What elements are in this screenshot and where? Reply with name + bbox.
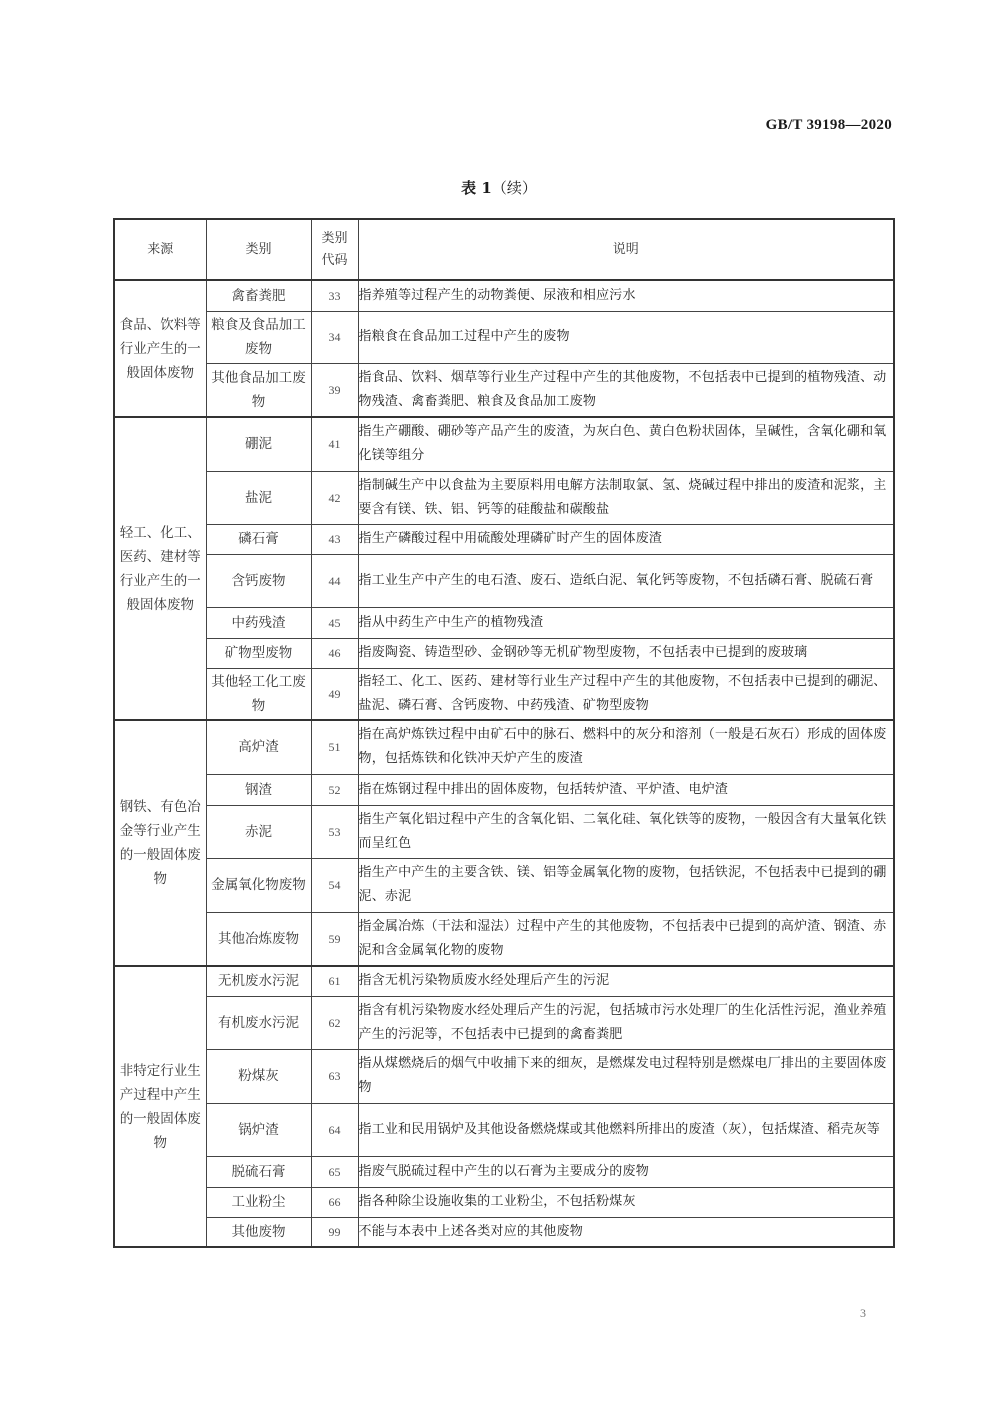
table-header-row: 来源 类别 类别代码 说明 (114, 219, 894, 280)
code-cell: 46 (311, 638, 358, 668)
description-cell: 指轻工、化工、医药、建材等行业生产过程中产生的其他废物，不包括表中已提到的硼泥、… (358, 668, 894, 720)
table-row: 其他废物99不能与本表中上述各类对应的其他废物 (114, 1217, 894, 1247)
table-row: 盐泥42指制碱生产中以食盐为主要原料用电解方法制取氯、氢、烧碱过程中排出的废渣和… (114, 471, 894, 524)
table-body: 食品、饮料等行业产生的一般固体废物禽畜粪肥33指养殖等过程产生的动物粪便、尿液和… (114, 280, 894, 1247)
table-title-suffix: （续） (492, 179, 537, 197)
table-row: 磷石膏43指生产磷酸过程中用硫酸处理磷矿时产生的固体废渣 (114, 524, 894, 554)
category-cell: 金属氧化物废物 (206, 858, 311, 912)
category-cell: 其他废物 (206, 1217, 311, 1247)
category-cell: 其他轻工化工废物 (206, 668, 311, 720)
description-cell: 指养殖等过程产生的动物粪便、尿液和相应污水 (358, 280, 894, 311)
description-cell: 指粮食在食品加工过程中产生的废物 (358, 311, 894, 363)
code-cell: 43 (311, 524, 358, 554)
table-row: 其他轻工化工废物49指轻工、化工、医药、建材等行业生产过程中产生的其他废物，不包… (114, 668, 894, 720)
code-cell: 59 (311, 912, 358, 966)
table-row: 含钙废物44指工业生产中产生的电石渣、废石、造纸白泥、氧化钙等废物，不包括磷石膏… (114, 554, 894, 607)
code-cell: 63 (311, 1049, 358, 1103)
table-row: 其他冶炼废物59指金属冶炼（干法和湿法）过程中产生的其他废物，不包括表中已提到的… (114, 912, 894, 966)
description-cell: 指废气脱硫过程中产生的以石膏为主要成分的废物 (358, 1156, 894, 1187)
category-cell: 中药残渣 (206, 607, 311, 638)
code-cell: 49 (311, 668, 358, 720)
table-row: 锅炉渣64指工业和民用锅炉及其他设备燃烧煤或其他燃料所排出的废渣（灰），包括煤渣… (114, 1103, 894, 1156)
category-cell: 工业粉尘 (206, 1187, 311, 1217)
category-cell: 赤泥 (206, 805, 311, 858)
column-header-description: 说明 (358, 219, 894, 280)
category-cell: 磷石膏 (206, 524, 311, 554)
description-cell: 指在高炉炼铁过程中由矿石中的脉石、燃料中的灰分和溶剂（一般是石灰石）形成的固体废… (358, 720, 894, 774)
code-cell: 65 (311, 1156, 358, 1187)
code-cell: 54 (311, 858, 358, 912)
category-cell: 粮食及食品加工废物 (206, 311, 311, 363)
table-row: 金属氧化物废物54指生产中产生的主要含铁、镁、铝等金属氧化物的废物，包括铁泥，不… (114, 858, 894, 912)
code-cell: 52 (311, 774, 358, 805)
description-cell: 指生产氧化铝过程中产生的含氧化铝、二氧化硅、氧化铁等的废物，一般因含有大量氧化铁… (358, 805, 894, 858)
category-cell: 其他食品加工废物 (206, 363, 311, 417)
code-cell: 39 (311, 363, 358, 417)
source-cell: 食品、饮料等行业产生的一般固体废物 (114, 280, 206, 417)
description-cell: 指生产硼酸、硼砂等产品产生的废渣，为灰白色、黄白色粉状固体，呈碱性，含氧化硼和氧… (358, 417, 894, 471)
column-header-category: 类别 (206, 219, 311, 280)
code-cell: 62 (311, 996, 358, 1049)
code-cell: 64 (311, 1103, 358, 1156)
description-cell: 指含无机污染物质废水经处理后产生的污泥 (358, 966, 894, 996)
description-cell: 指生产磷酸过程中用硫酸处理磷矿时产生的固体废渣 (358, 524, 894, 554)
code-cell: 41 (311, 417, 358, 471)
category-cell: 钢渣 (206, 774, 311, 805)
code-cell: 66 (311, 1187, 358, 1217)
description-cell: 指废陶瓷、铸造型砂、金钢砂等无机矿物型废物，不包括表中已提到的废玻璃 (358, 638, 894, 668)
table-row: 其他食品加工废物39指食品、饮料、烟草等行业生产过程中产生的其他废物，不包括表中… (114, 363, 894, 417)
code-cell: 33 (311, 280, 358, 311)
category-cell: 有机废水污泥 (206, 996, 311, 1049)
category-cell: 盐泥 (206, 471, 311, 524)
category-cell: 高炉渣 (206, 720, 311, 774)
table-row: 赤泥53指生产氧化铝过程中产生的含氧化铝、二氧化硅、氧化铁等的废物，一般因含有大… (114, 805, 894, 858)
table-row: 钢渣52指在炼钢过程中排出的固体废物，包括转炉渣、平炉渣、电炉渣 (114, 774, 894, 805)
table-row: 非特定行业生产过程中产生的一般固体废物无机废水污泥61指含无机污染物质废水经处理… (114, 966, 894, 996)
table-row: 中药残渣45指从中药生产中生产的植物残渣 (114, 607, 894, 638)
code-cell: 42 (311, 471, 358, 524)
table-row: 矿物型废物46指废陶瓷、铸造型砂、金钢砂等无机矿物型废物，不包括表中已提到的废玻… (114, 638, 894, 668)
table-row: 粮食及食品加工废物34指粮食在食品加工过程中产生的废物 (114, 311, 894, 363)
source-cell: 钢铁、有色冶金等行业产生的一般固体废物 (114, 720, 206, 966)
description-cell: 指从煤燃烧后的烟气中收捕下来的细灰，是燃煤发电过程特别是燃煤电厂排出的主要固体废… (358, 1049, 894, 1103)
table-row: 有机废水污泥62指含有机污染物废水经处理后产生的污泥，包括城市污水处理厂的生化活… (114, 996, 894, 1049)
code-cell: 53 (311, 805, 358, 858)
description-cell: 指从中药生产中生产的植物残渣 (358, 607, 894, 638)
column-header-source: 来源 (114, 219, 206, 280)
waste-classification-table: 来源 类别 类别代码 说明 食品、饮料等行业产生的一般固体废物禽畜粪肥33指养殖… (113, 218, 895, 1248)
description-cell: 指各种除尘设施收集的工业粉尘，不包括粉煤灰 (358, 1187, 894, 1217)
category-cell: 含钙废物 (206, 554, 311, 607)
table-row: 脱硫石膏65指废气脱硫过程中产生的以石膏为主要成分的废物 (114, 1156, 894, 1187)
description-cell: 指金属冶炼（干法和湿法）过程中产生的其他废物，不包括表中已提到的高炉渣、钢渣、赤… (358, 912, 894, 966)
description-cell: 指工业和民用锅炉及其他设备燃烧煤或其他燃料所排出的废渣（灰），包括煤渣、稻壳灰等 (358, 1103, 894, 1156)
code-cell: 45 (311, 607, 358, 638)
table-title-number: 表 1 (461, 179, 492, 197)
source-cell: 非特定行业生产过程中产生的一般固体废物 (114, 966, 206, 1247)
description-cell: 指含有机污染物废水经处理后产生的污泥，包括城市污水处理厂的生化活性污泥，渔业养殖… (358, 996, 894, 1049)
table-row: 钢铁、有色冶金等行业产生的一般固体废物高炉渣51指在高炉炼铁过程中由矿石中的脉石… (114, 720, 894, 774)
standard-code: GB/T 39198—2020 (766, 117, 892, 134)
table-row: 食品、饮料等行业产生的一般固体废物禽畜粪肥33指养殖等过程产生的动物粪便、尿液和… (114, 280, 894, 311)
table-title: 表 1（续） (0, 177, 998, 198)
table-row: 粉煤灰63指从煤燃烧后的烟气中收捕下来的细灰，是燃煤发电过程特别是燃煤电厂排出的… (114, 1049, 894, 1103)
code-cell: 34 (311, 311, 358, 363)
description-cell: 指在炼钢过程中排出的固体废物，包括转炉渣、平炉渣、电炉渣 (358, 774, 894, 805)
description-cell: 指制碱生产中以食盐为主要原料用电解方法制取氯、氢、烧碱过程中排出的废渣和泥浆，主… (358, 471, 894, 524)
column-header-code: 类别代码 (311, 219, 358, 280)
category-cell: 无机废水污泥 (206, 966, 311, 996)
table-row: 工业粉尘66指各种除尘设施收集的工业粉尘，不包括粉煤灰 (114, 1187, 894, 1217)
category-cell: 硼泥 (206, 417, 311, 471)
category-cell: 粉煤灰 (206, 1049, 311, 1103)
code-cell: 51 (311, 720, 358, 774)
source-cell: 轻工、化工、医药、建材等行业产生的一般固体废物 (114, 417, 206, 720)
category-cell: 矿物型废物 (206, 638, 311, 668)
table-row: 轻工、化工、医药、建材等行业产生的一般固体废物硼泥41指生产硼酸、硼砂等产品产生… (114, 417, 894, 471)
description-cell: 指工业生产中产生的电石渣、废石、造纸白泥、氧化钙等废物，不包括磷石膏、脱硫石膏 (358, 554, 894, 607)
code-cell: 44 (311, 554, 358, 607)
category-cell: 锅炉渣 (206, 1103, 311, 1156)
description-cell: 不能与本表中上述各类对应的其他废物 (358, 1217, 894, 1247)
category-cell: 禽畜粪肥 (206, 280, 311, 311)
description-cell: 指食品、饮料、烟草等行业生产过程中产生的其他废物，不包括表中已提到的植物残渣、动… (358, 363, 894, 417)
page-number: 3 (860, 1306, 866, 1321)
category-cell: 脱硫石膏 (206, 1156, 311, 1187)
code-cell: 61 (311, 966, 358, 996)
category-cell: 其他冶炼废物 (206, 912, 311, 966)
description-cell: 指生产中产生的主要含铁、镁、铝等金属氧化物的废物，包括铁泥，不包括表中已提到的硼… (358, 858, 894, 912)
code-cell: 99 (311, 1217, 358, 1247)
